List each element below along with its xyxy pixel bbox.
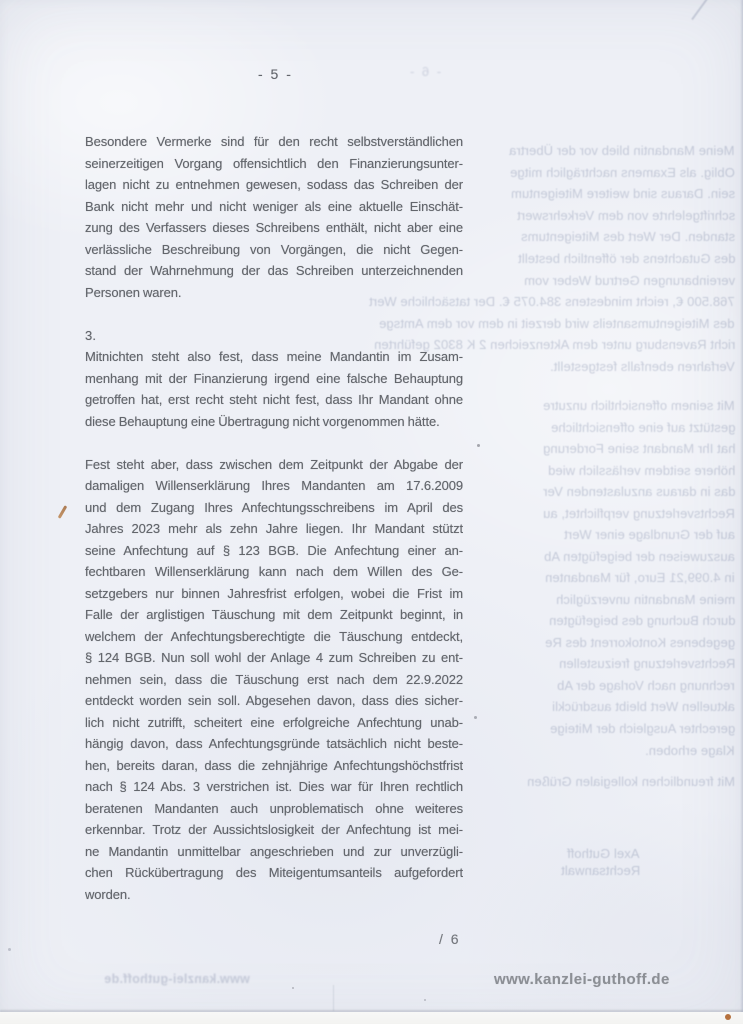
text-line: ne Mandantin unmittelbar angeschrieben u… [85,841,463,863]
bleedthrough-text-line: auszuweisen der beigefügten Ab [544,546,735,568]
bleedthrough-website-text: www.kanzlei-guthoff.de [104,972,250,986]
bleedthrough-text-line: das in daraus anzulastenden Ver [543,481,735,503]
bleedthrough-text-line: Meine Mandantin blieb vor der Übertra [509,140,735,162]
text-line: Besondere Vermerke sind für den recht se… [85,131,463,153]
text-line: chen Rückübertragung des Miteigentumsant… [85,862,463,884]
bleedthrough-text-line: Rechtsverletzung verpflichtet, au [543,503,735,525]
scanner-edge-strip [0,1012,743,1024]
bleedthrough-text-line: hat Ihr Mandant seine Forderung [543,438,735,460]
bleedthrough-text-line: standen. Der Wert des Miteigentums [521,226,735,248]
text-line: Falle der arglistigen Täuschung mit dem … [85,604,463,626]
bleedthrough-page-number: - 6 - [408,64,441,79]
text-line: verlässliche Beschreibung von Vorgängen,… [85,239,463,261]
bleedthrough-text-line: gegebenes Kontokorrent des Re [545,632,735,654]
bleedthrough-text-line: durch Buchung des beigefügten [549,610,736,632]
text-line: lagen nicht zu entnehmen gewesen, sodass… [85,174,463,196]
bleedthrough-text-line: Oblig. als Examens nachträglich mitge [510,162,735,184]
section-heading: 3. [85,325,463,347]
paragraph: Mitnichten steht also fest, dass meine M… [85,346,463,432]
bleedthrough-text-line: des Gutachtens der öffentlich bestellt [518,248,735,270]
text-line: entdeckt worden sein soll. Abgesehen dav… [85,690,463,712]
text-line: damaligen Willenserklärung Ihres Mandant… [85,475,463,497]
bleedthrough-text-line: vereinbarungen Gertrud Weber vom [524,270,735,292]
text-line: menhang mit der Finanzierung irgend eine… [85,368,463,390]
bleedthrough-text-line: Mit seinem offensichtlich unzutre [543,395,735,417]
bleedthrough-text-line: Mit freundlichen kollegialen Grüßen [527,771,735,793]
bleedthrough-text-line: sein. Daraus sind weitere Miteigentum [511,183,735,205]
text-line: § 124 BGB. Nun soll wohl der Anlage 4 zu… [85,647,463,669]
bleedthrough-text-line: in 4.099,21 Euro, für Mandanten [545,567,735,589]
bleedthrough-text-line: schriftgelehrte von dem Verkehrswert [517,205,735,227]
bleedthrough-text-line: gestützt auf eine offensichtliche [551,417,735,439]
bleedthrough-text-line: Klage erhoben. [645,740,735,762]
bleedthrough-text-line: meine Mandantin unverzüglich [556,589,735,611]
text-line: und dem Zugang Ihres Anfechtungsschreibe… [85,497,463,519]
scan-artifact-dot [725,1014,731,1020]
text-line: worden. [85,884,463,906]
text-line: seine Anfechtung auf § 123 BGB. Die Anfe… [85,540,463,562]
scan-artifact-dot [477,444,480,447]
footer-website-text: www.kanzlei-guthoff.de [494,971,670,988]
text-line: fechtbaren Willenserklärung kann nach de… [85,561,463,583]
text-line: Bank nicht mehr und nicht weniger als ei… [85,196,463,218]
paper-crease-bottom [333,985,334,1011]
pen-mark [58,505,68,519]
scan-artifact-dot [424,999,426,1001]
scan-artifact-dot [292,987,294,989]
text-line: seinerzeitigen Vorgang offensichtlich de… [85,153,463,175]
text-line: welchem der Anfechtungsberechtigte die T… [85,626,463,648]
text-line: diese Behauptung eine Übertragung nicht … [85,411,463,433]
bleedthrough-text-line: Rechtsanwalt [561,860,640,882]
text-line: lich nicht zutrifft, scheitert eine erfo… [85,712,463,734]
bleedthrough-text-line: gerechter Ausgleich der Miteige [550,718,735,740]
paper-crease-top-right [691,0,708,20]
paragraph: Besondere Vermerke sind für den recht se… [85,131,463,303]
scanned-letter-page: Meine Mandantin blieb vor der ÜbertraObl… [0,0,743,1024]
letter-body: Besondere Vermerke sind für den recht se… [85,131,463,905]
bleedthrough-text-line: höhere seitdem verlässlich wied [548,460,735,482]
text-line: erkennbar. Trotz der Aussichtslosigkeit … [85,819,463,841]
bleedthrough-text-line: rechnung nach Vorlage der Ab [557,675,735,697]
text-line: zung des Verfassers dieses Schreibens en… [85,217,463,239]
text-line: hängig davon, dass Anfechtungsgründe tat… [85,733,463,755]
text-line: 3. [85,325,463,347]
text-line: Mitnichten steht also fest, dass meine M… [85,346,463,368]
text-line: nach § 124 Abs. 3 verstrichen ist. Dies … [85,776,463,798]
text-line: nehmen sein, dass die Täuschung erst nac… [85,669,463,691]
text-line: setzgebers nur binnen Jahresfrist erfolg… [85,583,463,605]
text-line: stand der Wahrnehmung der das Schreiben … [85,260,463,282]
bleedthrough-text-line: Verfahren ebenfalls festgestellt. [550,356,735,378]
text-line: Fest steht aber, dass zwischen dem Zeitp… [85,454,463,476]
bleedthrough-text-line: Axel Guthoff [567,843,640,865]
text-line: beratenen Mandanten auch unproblematisch… [85,798,463,820]
text-line: getroffen hat, erst recht steht nicht fe… [85,389,463,411]
text-line: Personen waren. [85,282,463,304]
page-number-header: - 5 - [258,66,293,82]
bleedthrough-text-line: aktuellen Wert bleibt ausdrückli [552,696,735,718]
bleedthrough-text-line: Rechtsverletzung freizustellen [559,653,735,675]
footer-next-page-marker: / 6 [439,931,461,947]
bleedthrough-text-line: auf der Grundlage einer Wert [564,524,735,546]
scan-artifact-dot [8,948,11,951]
paragraph: Fest steht aber, dass zwischen dem Zeitp… [85,454,463,906]
text-line: hen, bereits daran, dass die zehnjährige… [85,755,463,777]
text-line: Jahres 2023 mehr als zehn Jahre liegen. … [85,518,463,540]
scan-artifact-dot [474,716,477,719]
